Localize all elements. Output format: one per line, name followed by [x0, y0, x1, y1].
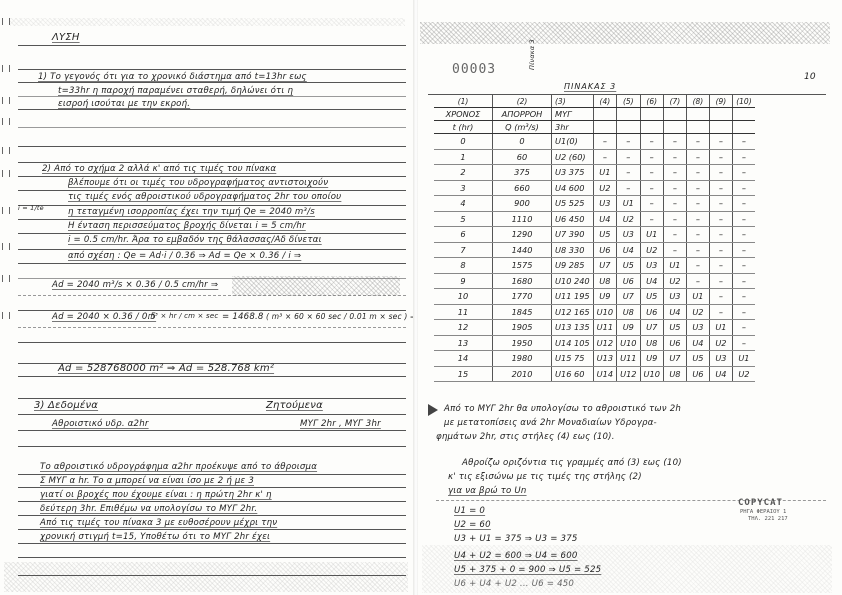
- table-cell: –: [663, 196, 686, 212]
- column-unit: Q (m³/s): [493, 121, 552, 134]
- column-unit: [617, 121, 640, 134]
- section1-line: 1) Το γεγονός ότι για το χρονικό διάστημ…: [38, 72, 307, 82]
- binding-mark: [2, 97, 10, 104]
- table-cell: –: [663, 242, 686, 258]
- section3-line: χρονική στιγμή t=15, Υποθέτω ότι το ΜΥΓ …: [40, 532, 270, 542]
- column-unit: 3hr: [552, 121, 594, 134]
- column-header: [663, 108, 686, 121]
- binding-mark: [2, 275, 10, 282]
- photocopy-noise: [420, 22, 830, 44]
- table-cell: 1980: [493, 351, 552, 367]
- table-cell: 1905: [493, 320, 552, 336]
- table-cell: –: [732, 258, 755, 274]
- table-cell: 1845: [493, 304, 552, 320]
- column-unit: [709, 121, 732, 134]
- column-header: [593, 108, 616, 121]
- table-cell: –: [732, 242, 755, 258]
- table-cell: U12: [617, 366, 640, 382]
- table-cell: –: [732, 320, 755, 336]
- section3-line: Το αθροιστικό υδρογράφημα α2hr προέκυψε …: [40, 462, 317, 472]
- area-formula-1: Ad = 2040 m³/s × 0.36 / 0.5 cm/hr ⇒: [52, 280, 218, 290]
- copy-shop-phone: ΤΗΛ. 221 217: [748, 516, 788, 522]
- table-row: 00U1(0)–––––––: [434, 134, 755, 150]
- table-cell: 5: [434, 211, 493, 227]
- table-cell: 0: [493, 134, 552, 150]
- equation-line: U1 = 0: [454, 506, 485, 516]
- section2-line: i = 0.5 cm/hr. Άρα το εμβαδόν της θάλασσ…: [68, 235, 322, 245]
- table-cell: –: [640, 165, 663, 181]
- solution-heading: ΛΥΣΗ: [52, 32, 80, 43]
- table-cell: –: [686, 149, 709, 165]
- table-cell: –: [709, 134, 732, 150]
- table-row: 160U2 (60)–––––––: [434, 149, 755, 165]
- table-cell: U14: [593, 366, 616, 382]
- table-header-row: t (hr)Q (m³/s)3hr: [434, 121, 755, 134]
- table-cell: U1: [640, 227, 663, 243]
- table-cell: U2: [640, 242, 663, 258]
- wanted-value: ΜΥΓ 2hr , ΜΥΓ 3hr: [300, 419, 381, 429]
- table-cell: –: [640, 134, 663, 150]
- table-cell: U8 330: [552, 242, 594, 258]
- table-cell: 1110: [493, 211, 552, 227]
- table-cell: 900: [493, 196, 552, 212]
- table-cell: 9: [434, 273, 493, 289]
- column-header: [709, 108, 732, 121]
- table-cell: U3: [640, 258, 663, 274]
- table-cell: U10: [593, 304, 616, 320]
- table-cell: U10 240: [552, 273, 594, 289]
- copy-shop-name: COPYCAT: [738, 498, 783, 508]
- table-cell: 13: [434, 335, 493, 351]
- section1-line: t=33hr η παροχή παραμένει σταθερή, δηλών…: [58, 86, 293, 96]
- column-unit: [663, 121, 686, 134]
- table-cell: –: [663, 180, 686, 196]
- table-cell: 1440: [493, 242, 552, 258]
- column-unit: [732, 121, 755, 134]
- table-cell: U1: [732, 351, 755, 367]
- column-header: ΑΠΟΡΡΟΗ: [493, 108, 552, 121]
- table-cell: 3: [434, 180, 493, 196]
- vertical-note: Πίνακα 3: [528, 39, 536, 70]
- table-cell: U5 525: [552, 196, 594, 212]
- column-header: [732, 108, 755, 121]
- column-number: (6): [640, 95, 663, 108]
- table-cell: 14: [434, 351, 493, 367]
- table-cell: U11 195: [552, 289, 594, 305]
- table-cell: 375: [493, 165, 552, 181]
- table-cell: U4: [663, 304, 686, 320]
- photocopy-noise: [4, 562, 408, 592]
- table-cell: –: [709, 196, 732, 212]
- table-cell: U10: [617, 335, 640, 351]
- section3-line: Από τις τιμές του πίνακα 3 με ευθοσέρουν…: [40, 518, 277, 528]
- scribbled-out-text: [232, 276, 400, 296]
- section1-line: εισροή ισούται με την εκροή.: [58, 99, 190, 109]
- table-cell: U3: [617, 227, 640, 243]
- table-cell: U12: [593, 335, 616, 351]
- table-cell: U13: [593, 351, 616, 367]
- column-unit: t (hr): [434, 121, 493, 134]
- table-cell: –: [709, 289, 732, 305]
- area-formula-2-mid: = 1468.8: [222, 312, 264, 322]
- section2-line: από σχέση : Qe = Ad·i / 0.36 ⇒ Ad = Qe ×…: [68, 251, 301, 261]
- table-cell: U2: [686, 304, 709, 320]
- section3-line: Σ ΜΥΓ α hr. Το α μπορεί να είναι ίσο με …: [40, 476, 254, 486]
- column-unit: [686, 121, 709, 134]
- table-cell: U6: [593, 242, 616, 258]
- column-unit: [640, 121, 663, 134]
- table-row: 121905U13 135U11U9U7U5U3U1–: [434, 320, 755, 336]
- unit-hydrograph-table: (1)(2)(3)(4)(5)(6)(7)(8)(9)(10) ΧΡΟΝΟΣΑΠ…: [434, 95, 755, 382]
- column-number: (3): [552, 95, 594, 108]
- photocopy-noise: [422, 545, 832, 593]
- table-cell: 1575: [493, 258, 552, 274]
- table-cell: –: [640, 196, 663, 212]
- table-cell: U9: [640, 351, 663, 367]
- table-cell: –: [732, 149, 755, 165]
- table-cell: –: [663, 134, 686, 150]
- table-cell: U3 375: [552, 165, 594, 181]
- column-header: ΜΥΓ: [552, 108, 594, 121]
- table-row: 111845U12 165U10U8U6U4U2––: [434, 304, 755, 320]
- page-number: 10: [804, 72, 816, 82]
- table-cell: –: [686, 165, 709, 181]
- table-cell: U4: [640, 273, 663, 289]
- binding-mark: [2, 207, 10, 214]
- table-cell: 4: [434, 196, 493, 212]
- column-header: [640, 108, 663, 121]
- table-cell: –: [663, 165, 686, 181]
- table-row: 141980U15 75U13U11U9U7U5U3U1: [434, 351, 755, 367]
- table-cell: U1: [617, 196, 640, 212]
- table-cell: –: [593, 149, 616, 165]
- table-cell: U12 165: [552, 304, 594, 320]
- table-cell: U5: [640, 289, 663, 305]
- table-cell: U5: [593, 227, 616, 243]
- table-cell: U9: [617, 320, 640, 336]
- table-cell: 1680: [493, 273, 552, 289]
- table-cell: 1290: [493, 227, 552, 243]
- paragraph1-line: Από το ΜΥΓ 2hr θα υπολογίσω το αθροιστικ…: [444, 404, 681, 414]
- table-cell: 7: [434, 242, 493, 258]
- section3-line: δεύτερη 3hr. Επιθέμω να υπολογίσω το ΜΥΓ…: [40, 504, 257, 514]
- table-row: 71440U8 330U6U4U2––––: [434, 242, 755, 258]
- table-cell: –: [709, 165, 732, 181]
- table-cell: U8: [640, 335, 663, 351]
- table-cell: U2: [663, 273, 686, 289]
- table-cell: –: [732, 227, 755, 243]
- table-cell: –: [709, 211, 732, 227]
- table-cell: 15: [434, 366, 493, 382]
- table-cell: 1: [434, 149, 493, 165]
- table-cell: –: [686, 242, 709, 258]
- given-value: Αθροιστικό υδρ. α2hr: [52, 419, 149, 429]
- table-cell: 660: [493, 180, 552, 196]
- area-formula-2-right: ( m³ × 60 × 60 sec / 0.01 m × sec ) ⇒: [266, 312, 414, 321]
- table-cell: –: [640, 180, 663, 196]
- table-cell: 8: [434, 258, 493, 274]
- table-cell: U4 600: [552, 180, 594, 196]
- table-cell: –: [709, 227, 732, 243]
- binding-mark: [2, 170, 10, 177]
- column-number: (2): [493, 95, 552, 108]
- table-title: ΠΙΝΑΚΑΣ 3: [564, 82, 616, 91]
- table-cell: U2 (60): [552, 149, 594, 165]
- table-cell: –: [640, 211, 663, 227]
- binding-mark: [2, 18, 10, 25]
- column-header: [617, 108, 640, 121]
- table-cell: 1770: [493, 289, 552, 305]
- table-cell: U1(0): [552, 134, 594, 150]
- table-cell: –: [640, 149, 663, 165]
- table-cell: U2: [709, 335, 732, 351]
- table-cell: –: [663, 211, 686, 227]
- table-cell: –: [732, 196, 755, 212]
- column-number: (7): [663, 95, 686, 108]
- table-cell: –: [709, 304, 732, 320]
- table-cell: U13 135: [552, 320, 594, 336]
- table-cell: –: [709, 273, 732, 289]
- binding-mark: [2, 65, 10, 72]
- table-cell: –: [686, 227, 709, 243]
- table-cell: U2: [617, 211, 640, 227]
- section2-line: βλέπουμε ότι οι τιμές του υδρογραφήματος…: [68, 178, 328, 188]
- table-cell: U16 60: [552, 366, 594, 382]
- table-cell: 6: [434, 227, 493, 243]
- table-cell: –: [686, 196, 709, 212]
- table-cell: 60: [493, 149, 552, 165]
- table-cell: U8: [663, 366, 686, 382]
- photocopy-noise: [10, 18, 405, 26]
- table-cell: –: [732, 134, 755, 150]
- table-cell: 2: [434, 165, 493, 181]
- area-result: Ad = 528768000 m² ⇒ Ad = 528.768 km²: [58, 363, 274, 374]
- table-cell: U15 75: [552, 351, 594, 367]
- table-cell: U3: [709, 351, 732, 367]
- table-cell: –: [732, 180, 755, 196]
- table-cell: –: [732, 273, 755, 289]
- table-cell: –: [617, 134, 640, 150]
- table-cell: U6 450: [552, 211, 594, 227]
- table-column-numbers: (1)(2)(3)(4)(5)(6)(7)(8)(9)(10): [434, 95, 755, 108]
- table-cell: U1: [709, 320, 732, 336]
- copy-shop-address: ΡΗΓΑ ΦΕΡΑΙΟΥ 1: [740, 509, 786, 515]
- table-row: 2375U3 375U1––––––: [434, 165, 755, 181]
- column-header: [686, 108, 709, 121]
- table-cell: –: [593, 134, 616, 150]
- table-cell: U2: [732, 366, 755, 382]
- table-cell: U5: [663, 320, 686, 336]
- equation-line: U3 + U1 = 375 ⇒ U3 = 375: [454, 534, 578, 544]
- stamp-number: 00003: [452, 62, 496, 77]
- table-cell: 10: [434, 289, 493, 305]
- table-cell: –: [686, 258, 709, 274]
- left-notebook-page: ΛΥΣΗ 1) Το γεγονός ότι για το χρονικό δι…: [0, 0, 414, 595]
- paragraph2-line: για να βρώ το Un: [448, 486, 527, 496]
- table-cell: 11: [434, 304, 493, 320]
- table-cell: –: [663, 227, 686, 243]
- column-number: (4): [593, 95, 616, 108]
- table-cell: –: [686, 211, 709, 227]
- table-cell: U7 390: [552, 227, 594, 243]
- table-cell: –: [732, 289, 755, 305]
- column-number: (9): [709, 95, 732, 108]
- table-row: 131950U14 105U12U10U8U6U4U2–: [434, 335, 755, 351]
- column-header: ΧΡΟΝΟΣ: [434, 108, 493, 121]
- table-cell: –: [617, 165, 640, 181]
- binding-mark: [2, 243, 10, 250]
- table-cell: –: [732, 211, 755, 227]
- table-cell: U11: [617, 351, 640, 367]
- column-unit: [593, 121, 616, 134]
- table-cell: U10: [640, 366, 663, 382]
- table-row: 61290U7 390U5U3U1––––: [434, 227, 755, 243]
- table-cell: –: [686, 134, 709, 150]
- table-cell: U2: [593, 180, 616, 196]
- table-cell: U3: [663, 289, 686, 305]
- table-cell: –: [686, 180, 709, 196]
- table-cell: U4: [617, 242, 640, 258]
- table-cell: U8: [617, 304, 640, 320]
- table-row: 152010U16 60U14U12U10U8U6U4U2: [434, 366, 755, 382]
- table-cell: U7: [593, 258, 616, 274]
- area-formula-2-left: Ad = 2040 × 0.36 / 0.5: [52, 312, 156, 322]
- table-cell: –: [663, 149, 686, 165]
- table-cell: U9: [593, 289, 616, 305]
- table-cell: U9 285: [552, 258, 594, 274]
- table-row: 81575U9 285U7U5U3U1–––: [434, 258, 755, 274]
- table-cell: U6: [663, 335, 686, 351]
- table-cell: 0: [434, 134, 493, 150]
- column-number: (5): [617, 95, 640, 108]
- arrow-bullet-icon: [428, 404, 438, 416]
- paragraph2-line: Αθροίζω οριζόντια τις γραμμές από (3) εω…: [462, 458, 682, 468]
- table-cell: U14 105: [552, 335, 594, 351]
- table-cell: U4: [686, 335, 709, 351]
- table-row: 51110U6 450U4U2–––––: [434, 211, 755, 227]
- table-row: 3660U4 600U2––––––: [434, 180, 755, 196]
- paragraph1-line: φημάτων 2hr, στις στήλες (4) εως (10).: [436, 432, 615, 442]
- table-cell: –: [732, 335, 755, 351]
- table-cell: U3: [686, 320, 709, 336]
- table-cell: –: [709, 180, 732, 196]
- table-cell: U5: [617, 258, 640, 274]
- table-cell: –: [709, 149, 732, 165]
- section2-line: η τεταγμένη ισορροπίας έχει την τιμή Qe …: [68, 207, 315, 217]
- column-number: (1): [434, 95, 493, 108]
- table-row: 101770U11 195U9U7U5U3U1––: [434, 289, 755, 305]
- table-cell: U6: [640, 304, 663, 320]
- section3-line: γιατί οι βροχές που έχουμε είναι : η πρώ…: [40, 490, 272, 500]
- table-row: 4900U5 525U3U1–––––: [434, 196, 755, 212]
- table-cell: 2010: [493, 366, 552, 382]
- given-label: 3) Δεδομένα: [34, 400, 98, 411]
- table-cell: –: [686, 273, 709, 289]
- table-cell: –: [709, 242, 732, 258]
- table-cell: U1: [593, 165, 616, 181]
- table-cell: U6: [617, 273, 640, 289]
- wanted-label: Ζητούμενα: [266, 400, 323, 411]
- table-cell: U11: [593, 320, 616, 336]
- section2-line: 2) Από το σχήμα 2 αλλά κ' από τις τιμές …: [42, 164, 276, 174]
- table-cell: –: [617, 180, 640, 196]
- table-cell: –: [732, 165, 755, 181]
- table-cell: –: [732, 304, 755, 320]
- table-cell: U4: [709, 366, 732, 382]
- table-cell: 1950: [493, 335, 552, 351]
- table-cell: U3: [593, 196, 616, 212]
- table-cell: U8: [593, 273, 616, 289]
- table-cell: U1: [686, 289, 709, 305]
- table-cell: U5: [686, 351, 709, 367]
- column-number: (10): [732, 95, 755, 108]
- section2-line: Η ένταση περισσεύματος βροχής δίνεται i …: [68, 221, 306, 231]
- binding-mark: [2, 118, 10, 125]
- table-cell: –: [617, 149, 640, 165]
- right-notebook-page: 00003 Πίνακα 3 10 ΠΙΝΑΚΑΣ 3 (1)(2)(3)(4)…: [418, 0, 842, 595]
- binding-mark: [2, 312, 10, 319]
- table-header-row: ΧΡΟΝΟΣΑΠΟΡΡΟΗΜΥΓ: [434, 108, 755, 121]
- table-cell: –: [709, 258, 732, 274]
- section2-line: τις τιμές ενός αθροιστικού υδρογραφήματο…: [68, 192, 341, 202]
- table-cell: 12: [434, 320, 493, 336]
- table-cell: U1: [663, 258, 686, 274]
- column-number: (8): [686, 95, 709, 108]
- table-cell: U7: [640, 320, 663, 336]
- paragraph2-line: κ' τις εξισώνω με τις τιμές της στήλης (…: [448, 472, 642, 482]
- area-formula-2-units: m³ × hr / cm × sec: [148, 312, 218, 320]
- paragraph1-line: με μετατοπίσεις ανά 2hr Μοναδιαίων Υδρογ…: [444, 418, 657, 428]
- margin-note: i = 1/te: [18, 204, 44, 212]
- table-row: 91680U10 240U8U6U4U2–––: [434, 273, 755, 289]
- equation-line: U2 = 60: [454, 520, 491, 530]
- table-cell: U6: [686, 366, 709, 382]
- table-cell: U7: [617, 289, 640, 305]
- binding-mark: [2, 147, 10, 154]
- table-cell: U4: [593, 211, 616, 227]
- table-cell: U7: [663, 351, 686, 367]
